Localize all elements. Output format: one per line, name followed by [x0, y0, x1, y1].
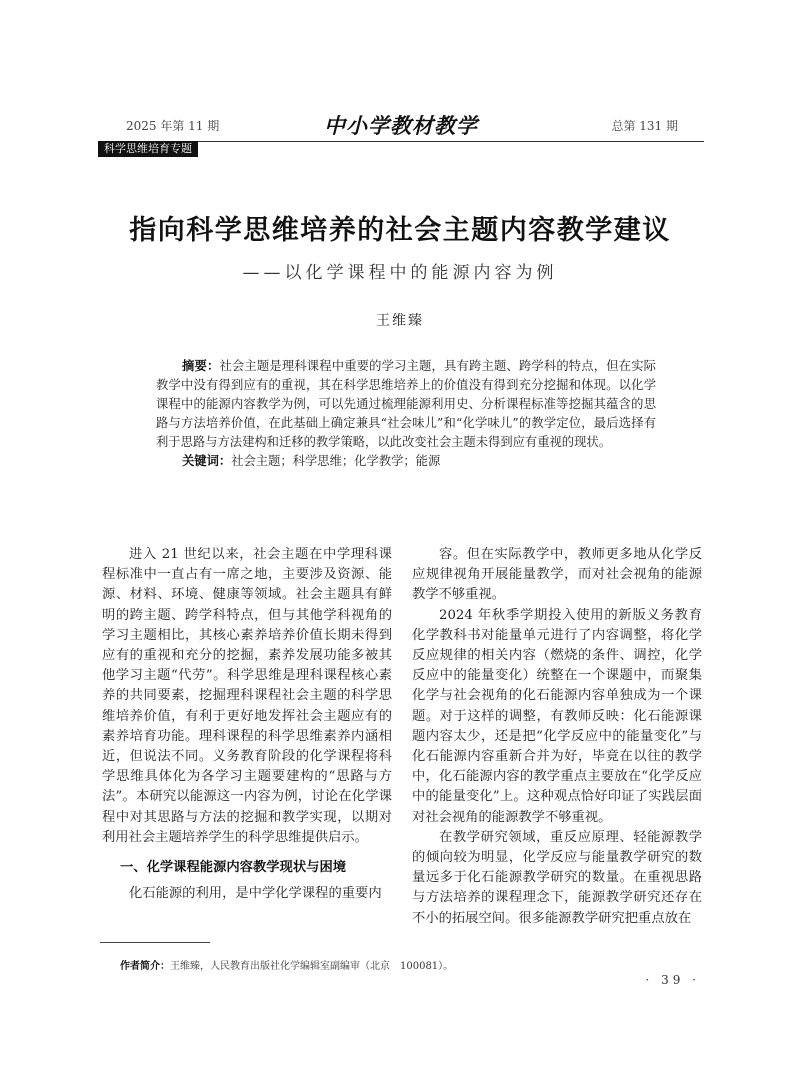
body-paragraph: 在教学研究领域，重反应原理、轻能源教学的倾向较为明显，化学反应与能量教学研究的数…	[412, 828, 702, 929]
footnote-label: 作者简介：	[120, 961, 170, 972]
footnote-text: 王维臻，人民教育出版社化学编辑室副编审（北京 100081）。	[170, 961, 453, 972]
body-column-right: 容。但在实际教学中，教师更多地从化学反应规律视角开展能量教学，而对社会视角的能源…	[412, 545, 702, 929]
body-paragraph: 进入 21 世纪以来，社会主题在中学理科课程标准中一直占有一席之地，主要涉及资源…	[102, 545, 392, 848]
keywords-label: 关键词：	[182, 454, 231, 468]
abstract-label: 摘要：	[182, 359, 219, 373]
article-title: 指向科学思维培养的社会主题内容教学建议	[0, 208, 800, 247]
article-subtitle: ——以化学课程中的能源内容为例	[0, 258, 800, 283]
author-footnote: 作者简介：王维臻，人民教育出版社化学编辑室副编审（北京 100081）。	[120, 957, 453, 972]
body-paragraph: 容。但在实际教学中，教师更多地从化学反应规律视角开展能量教学，而对社会视角的能源…	[412, 545, 702, 606]
abstract-paragraph: 摘要：社会主题是理科课程中重要的学习主题，具有跨主题、跨学科的特点，但在实际教学…	[156, 357, 656, 452]
issue-number-right: 总第 131 期	[611, 117, 678, 134]
body-column-left: 进入 21 世纪以来，社会主题在中学理科课程标准中一直占有一席之地，主要涉及资源…	[102, 545, 392, 904]
running-header: 2025 年第 11 期 中小学教材教学 总第 131 期	[98, 110, 704, 140]
section-tag: 科学思维培育专题	[98, 141, 198, 157]
article-author: 王维臻	[0, 310, 800, 330]
keywords-paragraph: 关键词：社会主题；科学思维；化学教学；能源	[156, 452, 656, 471]
body-paragraph: 2024 年秋季学期投入使用的新版义务教育化学教科书对能量单元进行了内容调整，将…	[412, 606, 702, 828]
section-heading: 一、化学课程能源内容教学现状与困境	[102, 858, 392, 878]
body-paragraph: 化石能源的利用，是中学化学课程的重要内	[102, 884, 392, 904]
abstract-text: 社会主题是理科课程中重要的学习主题，具有跨主题、跨学科的特点，但在实际教学中没有…	[156, 359, 656, 449]
keywords-text: 社会主题；科学思维；化学教学；能源	[231, 454, 440, 468]
abstract-block: 摘要：社会主题是理科课程中重要的学习主题，具有跨主题、跨学科的特点，但在实际教学…	[156, 357, 656, 471]
footnote-rule	[100, 942, 210, 943]
page-number: · 39 ·	[645, 973, 700, 987]
